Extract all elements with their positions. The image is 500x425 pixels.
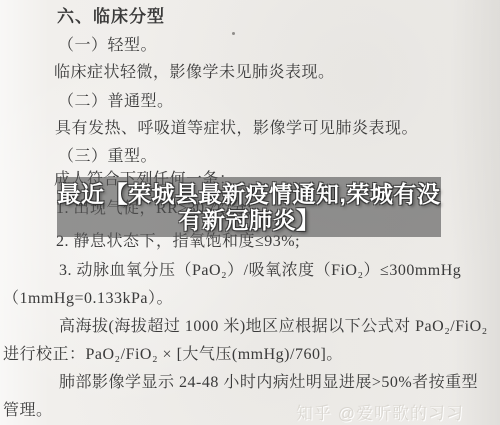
banner-text-line1: 最近【荣城县最新疫情通知,荣城有没 xyxy=(58,181,441,207)
doc-line-correction-formula: 进行校正：PaO₂/FiO₂ × [大气压(mmHg)/760]。 xyxy=(3,346,343,364)
banner-text-line2: 有新冠肺炎】 xyxy=(179,207,320,233)
zhihu-watermark: 知乎 @爱听歌的习习 xyxy=(296,399,464,424)
overlay-banner: 最近【荣城县最新疫情通知,荣城有没 有新冠肺炎】 xyxy=(57,177,441,237)
doc-line-mild-desc: 临床症状轻微，影像学未见肺炎表现。 xyxy=(54,64,335,82)
doc-line-altitude: 高海拔(海拔超过 1000 米)地区应根据以下公式对 PaO₂/FiO₂ xyxy=(59,318,488,336)
document-photo: 六、临床分型 （一）轻型。 临床症状轻微，影像学未见肺炎表现。 （二）普通型。 … xyxy=(0,0,500,425)
doc-line-common-desc: 具有发热、呼吸道等症状，影像学可见肺炎表现。 xyxy=(55,120,418,138)
doc-line-mild-type: （一）轻型。 xyxy=(58,37,157,55)
doc-line-imaging-progress: 肺部影像学显示 24-48 小时内病灶明显进展>50%者按重型 xyxy=(59,374,478,392)
doc-line-common-type: （二）普通型。 xyxy=(58,93,174,111)
doc-line-kpa-note: （1mmHg=0.133kPa）。 xyxy=(3,290,173,308)
section-heading: 六、临床分型 xyxy=(57,8,165,26)
doc-line-criterion-3: 3. 动脉血氧分压（PaO₂）/吸氧浓度（FiO₂）≤300mmHg xyxy=(59,262,461,280)
doc-line-management: 管理。 xyxy=(3,402,53,420)
doc-line-severe-type: （三）重型。 xyxy=(58,148,157,166)
paper-speck xyxy=(232,32,235,35)
